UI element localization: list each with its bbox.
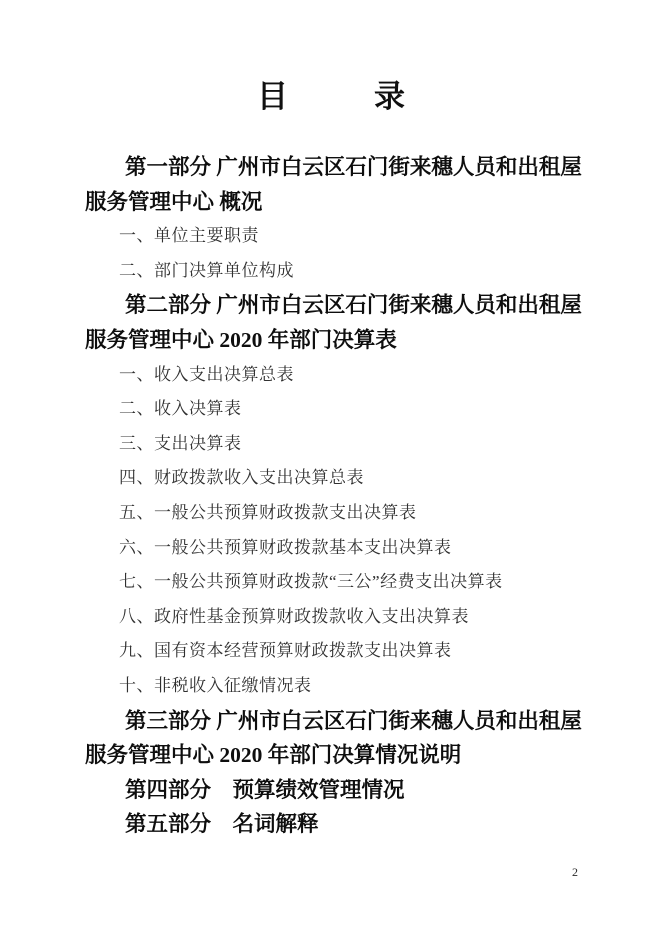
toc-part1-item: 一、单位主要职责: [85, 219, 602, 254]
toc-part3-heading-line1: 第三部分 广州市白云区石门街来穗人员和出租屋: [85, 704, 602, 739]
toc-part1-heading-line2: 服务管理中心 概况: [85, 185, 602, 220]
toc-part2-item: 一、收入支出决算总表: [85, 358, 602, 393]
toc-part2-heading-line2: 服务管理中心 2020 年部门决算表: [85, 323, 602, 358]
toc-part2-item: 七、一般公共预算财政拨款“三公”经费支出决算表: [85, 565, 602, 600]
toc-part5-heading: 第五部分 名词解释: [85, 807, 602, 842]
page-title: 目 录: [0, 80, 662, 114]
table-of-contents: 第一部分 广州市白云区石门街来穗人员和出租屋 服务管理中心 概况 一、单位主要职…: [0, 150, 662, 842]
toc-part2-item: 六、一般公共预算财政拨款基本支出决算表: [85, 531, 602, 566]
toc-part2-item: 十、非税收入征缴情况表: [85, 669, 602, 704]
toc-part2-item: 五、一般公共预算财政拨款支出决算表: [85, 496, 602, 531]
toc-part2-item: 四、财政拨款收入支出决算总表: [85, 461, 602, 496]
document-page: 目 录 第一部分 广州市白云区石门街来穗人员和出租屋 服务管理中心 概况 一、单…: [0, 0, 662, 936]
toc-part2-item: 三、支出决算表: [85, 427, 602, 462]
toc-part2-item: 八、政府性基金预算财政拨款收入支出决算表: [85, 600, 602, 635]
toc-part2-heading-line1: 第二部分 广州市白云区石门街来穗人员和出租屋: [85, 288, 602, 323]
toc-part3-heading-line2: 服务管理中心 2020 年部门决算情况说明: [85, 738, 602, 773]
title-char-mu: 目: [257, 80, 288, 114]
toc-part1-item: 二、部门决算单位构成: [85, 254, 602, 289]
toc-part1-heading-line1: 第一部分 广州市白云区石门街来穗人员和出租屋: [85, 150, 602, 185]
toc-part2-item: 九、国有资本经营预算财政拨款支出决算表: [85, 634, 602, 669]
toc-part4-heading: 第四部分 预算绩效管理情况: [85, 773, 602, 808]
page-number: 2: [572, 865, 578, 880]
title-char-lu: 录: [374, 80, 405, 114]
toc-part2-item: 二、收入决算表: [85, 392, 602, 427]
